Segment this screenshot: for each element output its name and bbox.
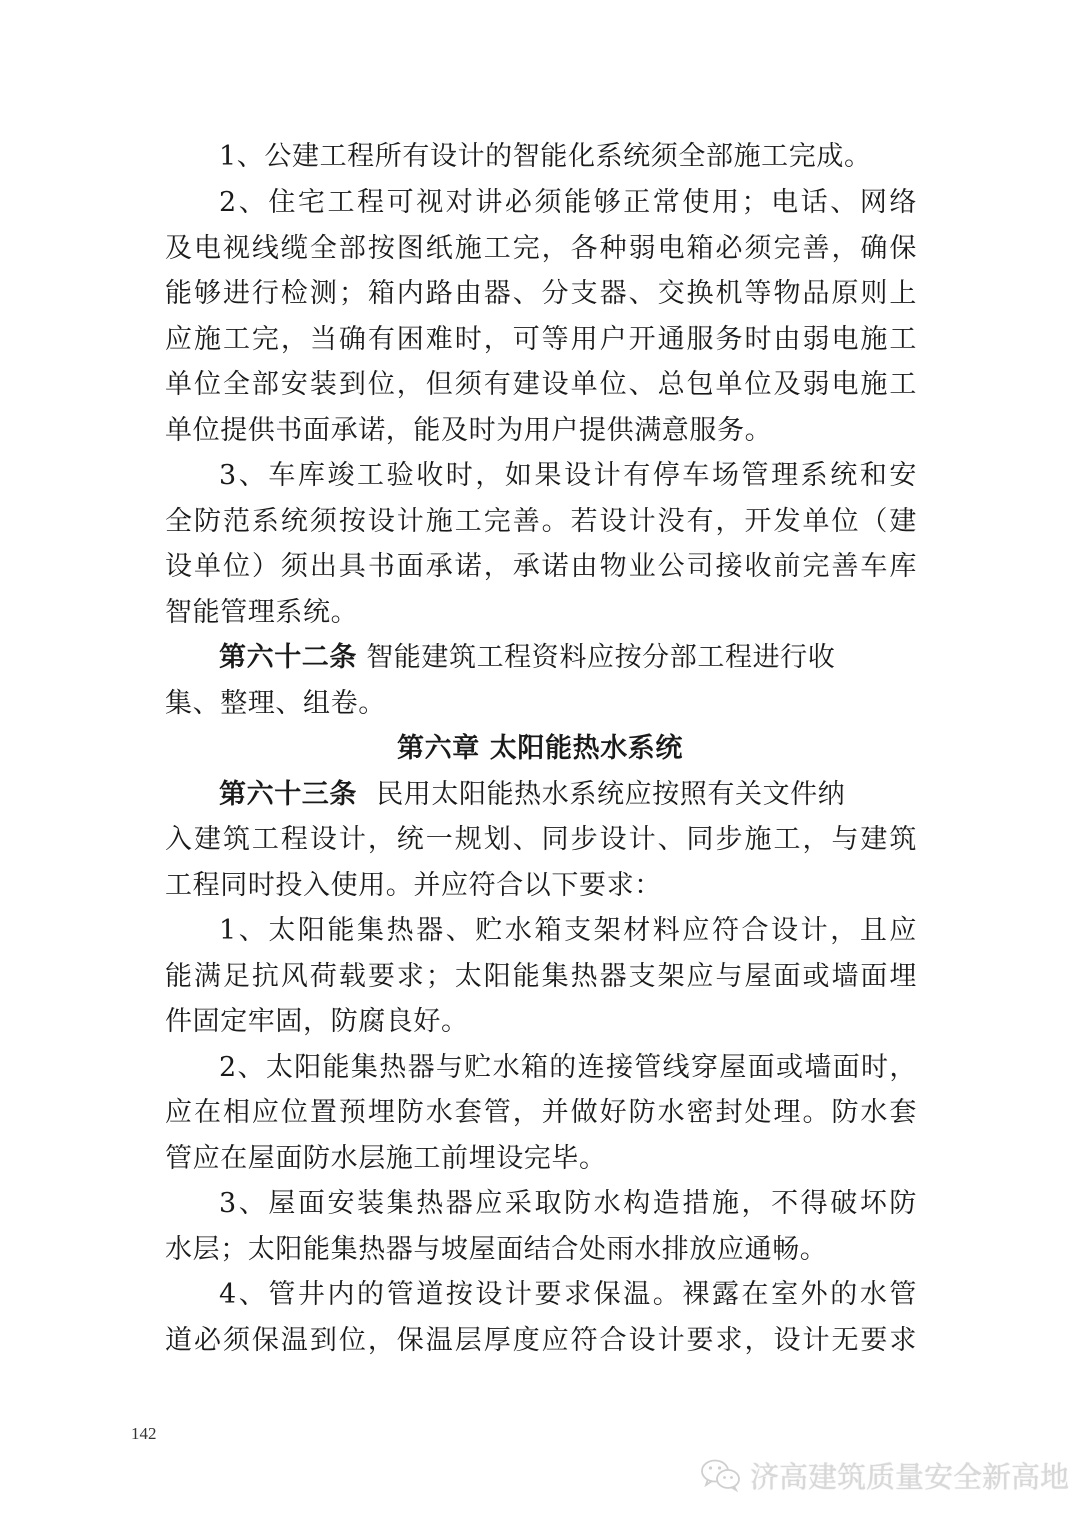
article-63-text: 民用太阳能热水系统应按照有关文件纳 — [376, 779, 845, 810]
article-63-label: 第六十三条 — [219, 779, 357, 810]
article-62-text: 智能建筑工程资料应按分部工程进行收 — [366, 642, 835, 673]
watermark-text: 济高建筑质量安全新高地 — [750, 1455, 1069, 1496]
wechat-icon — [700, 1458, 742, 1492]
paragraph-line: 设单位）须出具书面承诺，承诺由物业公司接收前完善车库 — [165, 544, 917, 590]
paragraph-line: 单位全部安装到位，但须有建设单位、总包单位及弱电施工 — [165, 362, 917, 408]
article-62-line2: 集、整理、组卷。 — [165, 681, 917, 727]
paragraph-line: 3、屋面安装集热器应采取防水构造措施，不得破坏防 — [219, 1181, 917, 1227]
paragraph-line: 管应在屋面防水层施工前埋设完毕。 — [165, 1136, 917, 1182]
paragraph-line: 智能管理系统。 — [165, 590, 917, 636]
paragraph-line: 应施工完，当确有困难时，可等用户开通服务时由弱电施工 — [165, 317, 917, 363]
paragraph-line: 应在相应位置预埋防水套管，并做好防水密封处理。防水套 — [165, 1090, 917, 1136]
paragraph-line: 单位提供书面承诺，能及时为用户提供满意服务。 — [165, 408, 917, 454]
watermark: 济高建筑质量安全新高地 — [700, 1455, 1069, 1495]
article-63-line2: 入建筑工程设计，统一规划、同步设计、同步施工，与建筑 — [165, 817, 917, 863]
page-number: 142 — [131, 1424, 157, 1444]
paragraph-line: 能满足抗风荷载要求；太阳能集热器支架应与屋面或墙面埋 — [165, 954, 917, 1000]
paragraph-line: 2、太阳能集热器与贮水箱的连接管线穿屋面或墙面时， — [219, 1045, 917, 1091]
article-63-line1: 第六十三条 民用太阳能热水系统应按照有关文件纳 — [219, 772, 917, 818]
paragraph-line: 及电视线缆全部按图纸施工完，各种弱电箱必须完善，确保 — [165, 226, 917, 272]
chapter-title: 第六章 太阳能热水系统 — [0, 726, 1080, 772]
paragraph-line: 水层；太阳能集热器与坡屋面结合处雨水排放应通畅。 — [165, 1227, 917, 1273]
paragraph-line: 件固定牢固，防腐良好。 — [165, 999, 917, 1045]
paragraph-line: 3、车库竣工验收时，如果设计有停车场管理系统和安 — [219, 453, 917, 499]
paragraph-line: 全防范系统须按设计施工完善。若设计没有，开发单位（建 — [165, 499, 917, 545]
paragraph-line: 能够进行检测；箱内路由器、分支器、交换机等物品原则上 — [165, 271, 917, 317]
document-page: 1、公建工程所有设计的智能化系统须全部施工完成。 2、住宅工程可视对讲必须能够正… — [0, 0, 1080, 1527]
paragraph-line: 4、管井内的管道按设计要求保温。裸露在室外的水管 — [219, 1272, 917, 1318]
article-62-line1: 第六十二条 智能建筑工程资料应按分部工程进行收 — [219, 635, 917, 681]
paragraph-line: 1、公建工程所有设计的智能化系统须全部施工完成。 — [219, 134, 917, 180]
paragraph-line: 1、太阳能集热器、贮水箱支架材料应符合设计，且应 — [219, 908, 917, 954]
article-63-line3: 工程同时投入使用。并应符合以下要求： — [165, 863, 917, 909]
paragraph-line: 2、住宅工程可视对讲必须能够正常使用；电话、网络 — [219, 180, 917, 226]
paragraph-line: 道必须保温到位，保温层厚度应符合设计要求，设计无要求 — [165, 1318, 917, 1364]
article-62-label: 第六十二条 — [219, 642, 357, 673]
